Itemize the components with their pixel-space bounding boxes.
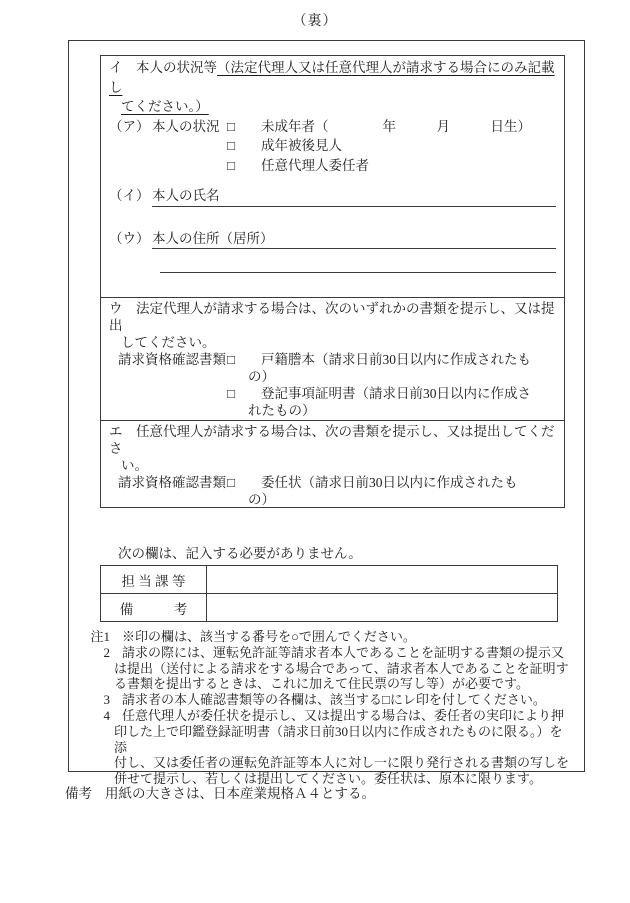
houtei-doc-block: 請求資格確認書類 □ 戸籍謄本（請求日前30日以内に作成されたも の） □ bbox=[109, 351, 556, 421]
status-option-row-3: □ 任意代理人委任者 bbox=[227, 156, 556, 176]
section-houtei-heading-line2: してください。 bbox=[109, 334, 556, 351]
applicant-status-table: イ 本人の状況等（法定代理人又は任意代理人が請求する場合にのみ記載し てください… bbox=[100, 55, 565, 508]
section-honnin-heading-line2: てください。） bbox=[109, 97, 556, 117]
section-houtei-dairinin: ウ 法定代理人が請求する場合は、次のいずれかの書類を提示し、又は提出 してくださ… bbox=[101, 298, 564, 421]
doc-item-koseki-line1: 戸籍謄本（請求日前30日以内に作成されたも bbox=[261, 351, 556, 368]
doc-item-touki: □ 登記事項証明書（請求日前30日以内に作成さ れたもの） bbox=[227, 385, 556, 419]
bikou-label: 備 考 bbox=[101, 594, 207, 621]
status-option-adult-ward-label: 成年被後見人 bbox=[261, 136, 342, 156]
doc-item-koseki: □ 戸籍謄本（請求日前30日以内に作成されたも の） bbox=[227, 351, 556, 385]
table-row-tantouka: 担 当 課 等 bbox=[101, 566, 557, 593]
notes-list: 注1 ※印の欄は、該当する番号を○で囲んでください。 2 請求の際には、運転免許… bbox=[86, 629, 572, 787]
note-2-label: 2 bbox=[86, 645, 112, 692]
note-3: 3 請求者の本人確認書類等の各欄は、該当する□にレ印を付してください。 bbox=[86, 692, 572, 708]
doc-item-ininjou-line1: 委任状（請求日前30日以内に作成されたも bbox=[261, 474, 556, 491]
section-nini-heading-line1: エ 任意代理人が請求する場合は、次の書類を提示し、又は提出してくださ bbox=[109, 423, 556, 457]
field-honnin-name: （イ） 本人の氏名 bbox=[109, 186, 556, 207]
field-address-no: （ウ） bbox=[109, 229, 152, 250]
status-row-label: 本人の状況 bbox=[152, 117, 227, 137]
note-4-label: 4 bbox=[86, 708, 112, 787]
section-houtei-heading-line1: ウ 法定代理人が請求する場合は、次のいずれかの書類を提示し、又は提出 bbox=[109, 300, 556, 334]
note-1-label: 注1 bbox=[86, 629, 112, 645]
note-4-line3: 付し、又は委任者の運転免許証等本人に対し一に限り発行される書類の写しを bbox=[114, 755, 572, 771]
section-honnin-heading-line1: イ 本人の状況等（法定代理人又は任意代理人が請求する場合にのみ記載し bbox=[109, 58, 556, 97]
note-2-line1: 請求の際には、運転免許証等請求者本人であることを証明する書類の提示又 bbox=[114, 645, 572, 661]
form-outer-frame: イ 本人の状況等（法定代理人又は任意代理人が請求する場合にのみ記載し てください… bbox=[68, 40, 585, 772]
section-honnin-note-part2: てください。） bbox=[121, 99, 209, 114]
page-side-label: （裏） bbox=[0, 10, 630, 30]
field-honnin-address: （ウ） 本人の住所（居所） bbox=[109, 229, 556, 250]
office-use-table: 担 当 課 等 備 考 bbox=[100, 565, 558, 622]
field-name-label: 本人の氏名 bbox=[152, 188, 220, 203]
note-1: 注1 ※印の欄は、該当する番号を○で囲んでください。 bbox=[86, 629, 572, 645]
nini-doc-items: □ 委任状（請求日前30日以内に作成されたも の） □ その他（ ） bbox=[227, 474, 556, 507]
paper-size-note: 備考 用紙の大きさは、日本産業規格Ａ４とする。 bbox=[65, 782, 375, 802]
tantouka-label: 担 当 課 等 bbox=[101, 566, 207, 593]
paper-size-note-label: 備考 bbox=[65, 782, 92, 802]
section-nini-dairinin: エ 任意代理人が請求する場合は、次の書類を提示し、又は提出してくださ い。 請求… bbox=[101, 421, 564, 507]
note-1-body: ※印の欄は、該当する番号を○で囲んでください。 bbox=[114, 629, 572, 645]
section-honnin-title: イ 本人の状況等 bbox=[109, 60, 217, 75]
note-2-line2: は提出（送付による請求をする場合であって、請求者本人であることを証明す bbox=[114, 661, 572, 677]
address-input-line-2[interactable] bbox=[160, 272, 556, 273]
office-use-note: 次の欄は、記入する必要がありません。 bbox=[118, 542, 362, 562]
doc-item-ininjou: □ 委任状（請求日前30日以内に作成されたも の） bbox=[227, 474, 556, 507]
paper-size-note-text: 用紙の大きさは、日本産業規格Ａ４とする。 bbox=[105, 782, 375, 802]
doc-item-koseki-text: 戸籍謄本（請求日前30日以内に作成されたも の） bbox=[261, 351, 556, 385]
doc-item-ininjou-text: 委任状（請求日前30日以内に作成されたも の） bbox=[261, 474, 556, 507]
note-2: 2 請求の際には、運転免許証等請求者本人であることを証明する書類の提示又 は提出… bbox=[86, 645, 572, 692]
status-option-row-2: □ 成年被後見人 bbox=[227, 136, 556, 156]
note-2-body: 請求の際には、運転免許証等請求者本人であることを証明する書類の提示又 は提出（送… bbox=[114, 645, 572, 692]
table-row-bikou: 備 考 bbox=[101, 593, 557, 621]
checkbox-voluntary-agent-icon[interactable]: □ bbox=[227, 156, 261, 176]
doc-item-koseki-line2: の） bbox=[248, 368, 556, 385]
form-page-back: （裏） イ 本人の状況等（法定代理人又は任意代理人が請求する場合にのみ記載し て… bbox=[0, 0, 630, 903]
section-nini-heading-line2: い。 bbox=[109, 457, 556, 474]
doc-item-touki-text: 登記事項証明書（請求日前30日以内に作成さ れたもの） bbox=[261, 385, 556, 419]
note-3-line1: 請求者の本人確認書類等の各欄は、該当する□にレ印を付してください。 bbox=[114, 692, 572, 708]
note-4-line2: 印した上で印鑑登録証明書（請求日前30日以内に作成されたものに限る。）を添 bbox=[114, 724, 572, 756]
nini-doc-label: 請求資格確認書類 bbox=[109, 474, 227, 507]
note-2-line3: る書類を提出するときは、これに加えて住民票の写し等）が必要です。 bbox=[114, 676, 572, 692]
field-address-label: 本人の住所（居所） bbox=[152, 231, 274, 246]
checkbox-adult-ward-icon[interactable]: □ bbox=[227, 136, 261, 156]
name-input-line[interactable]: 本人の氏名 bbox=[152, 186, 556, 207]
houtei-doc-label: 請求資格確認書類 bbox=[109, 351, 227, 421]
status-option-row-1: （ア） 本人の状況 □ 未成年者（ 年 月 日生） bbox=[109, 117, 556, 137]
note-4-body: 任意代理人が委任状を提示し、又は提出する場合は、委任者の実印により押 印した上で… bbox=[114, 708, 572, 787]
note-3-body: 請求者の本人確認書類等の各欄は、該当する□にレ印を付してください。 bbox=[114, 692, 572, 708]
status-option-voluntary-agent-label: 任意代理人委任者 bbox=[261, 156, 369, 176]
note-4-line1: 任意代理人が委任状を提示し、又は提出する場合は、委任者の実印により押 bbox=[114, 708, 572, 724]
status-row-no: （ア） bbox=[109, 117, 152, 137]
note-1-line1: ※印の欄は、該当する番号を○で囲んでください。 bbox=[114, 629, 572, 645]
note-4: 4 任意代理人が委任状を提示し、又は提出する場合は、委任者の実印により押 印した… bbox=[86, 708, 572, 787]
doc-item-ininjou-line2: の） bbox=[248, 491, 556, 507]
doc-item-touki-line2: れたもの） bbox=[248, 402, 556, 419]
address-input-line[interactable]: 本人の住所（居所） bbox=[152, 229, 556, 250]
honnin-status-row: （ア） 本人の状況 □ 未成年者（ 年 月 日生） □ 成年被後見人 □ 任意代… bbox=[109, 117, 556, 176]
houtei-doc-items: □ 戸籍謄本（請求日前30日以内に作成されたも の） □ 登記事項証明書（請求日… bbox=[227, 351, 556, 421]
note-3-label: 3 bbox=[86, 692, 112, 708]
section-honnin-joukyou: イ 本人の状況等（法定代理人又は任意代理人が請求する場合にのみ記載し てください… bbox=[101, 56, 564, 298]
checkbox-minor-icon[interactable]: □ bbox=[227, 117, 261, 137]
nini-doc-block: 請求資格確認書類 □ 委任状（請求日前30日以内に作成されたも の） □ bbox=[109, 474, 556, 507]
status-option-minor-label: 未成年者（ 年 月 日生） bbox=[261, 117, 531, 137]
doc-item-touki-line1: 登記事項証明書（請求日前30日以内に作成さ bbox=[261, 385, 556, 402]
field-name-no: （イ） bbox=[109, 186, 152, 207]
